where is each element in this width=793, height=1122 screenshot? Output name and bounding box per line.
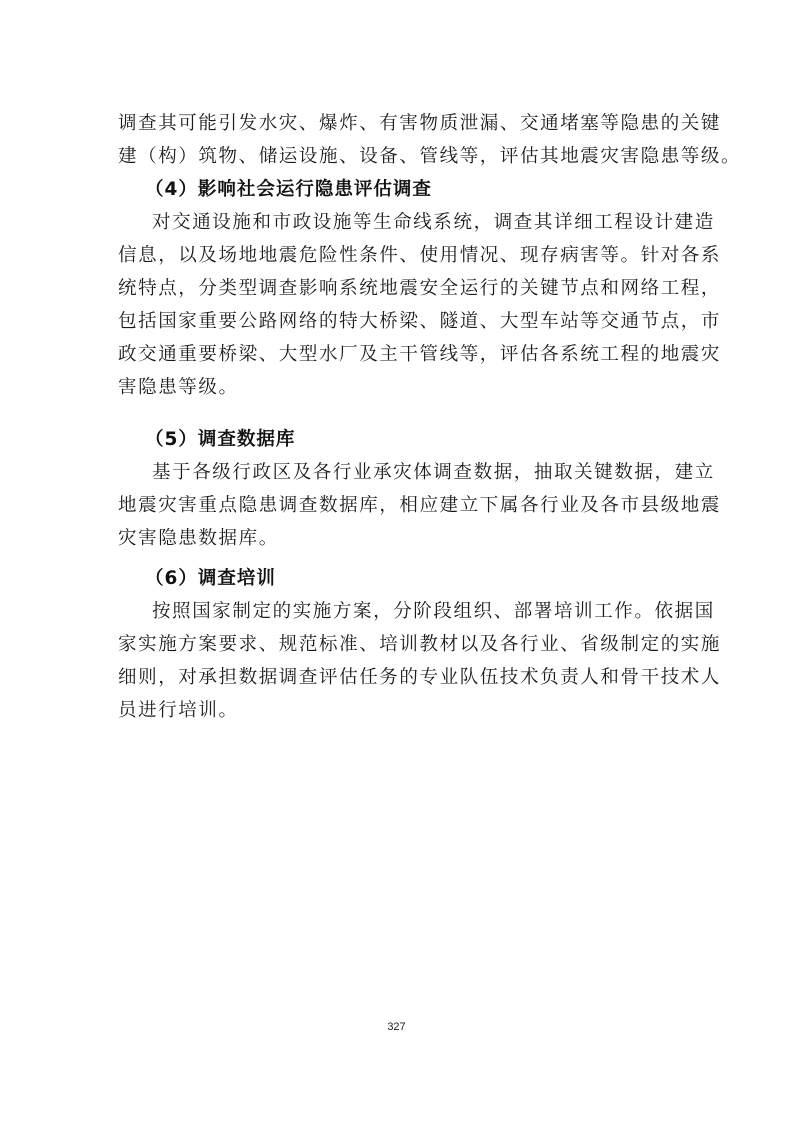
paragraph-line: 统特点，分类型调查影响系统地震安全运行的关键节点和网络工程， [118, 277, 678, 301]
paragraph-line: 灾害隐患数据库。 [118, 527, 678, 551]
paragraph-line: 细则，对承担数据调查评估任务的专业队伍技术负责人和骨干技术人 [118, 666, 678, 690]
page-number: 327 [0, 1021, 793, 1033]
paragraph-line: 害隐患等级。 [118, 376, 678, 400]
section-heading-4: （4）影响社会运行隐患评估调查 [145, 178, 432, 202]
section-heading-6: （6）调查培训 [145, 567, 276, 591]
paragraph-line: 员进行培训。 [118, 699, 678, 723]
paragraph-line: 建（构）筑物、储运设施、设备、管线等，评估其地震灾害隐患等级。 [118, 145, 678, 169]
section-heading-5: （5）调查数据库 [145, 428, 295, 452]
document-page: 调查其可能引发水灾、爆炸、有害物质泄漏、交通堵塞等隐患的关键 建（构）筑物、储运… [0, 0, 793, 1122]
paragraph-line: 家实施方案要求、规范标准、培训教材以及各行业、省级制定的实施 [118, 633, 678, 657]
paragraph-line: 政交通重要桥梁、大型水厂及主干管线等，评估各系统工程的地震灾 [118, 343, 678, 367]
paragraph-line: 对交通设施和市政设施等生命线系统，调查其详细工程设计建造 [152, 211, 678, 235]
paragraph-line: 基于各级行政区及各行业承灾体调查数据，抽取关键数据，建立 [152, 461, 678, 485]
paragraph-line: 按照国家制定的实施方案，分阶段组织、部署培训工作。依据国 [152, 600, 678, 624]
paragraph-line: 调查其可能引发水灾、爆炸、有害物质泄漏、交通堵塞等隐患的关键 [118, 112, 678, 136]
paragraph-line: 地震灾害重点隐患调查数据库，相应建立下属各行业及各市县级地震 [118, 494, 678, 518]
paragraph-line: 信息，以及场地地震危险性条件、使用情况、现存病害等。针对各系 [118, 244, 678, 268]
paragraph-line: 包括国家重要公路网络的特大桥梁、隧道、大型车站等交通节点，市 [118, 310, 678, 334]
